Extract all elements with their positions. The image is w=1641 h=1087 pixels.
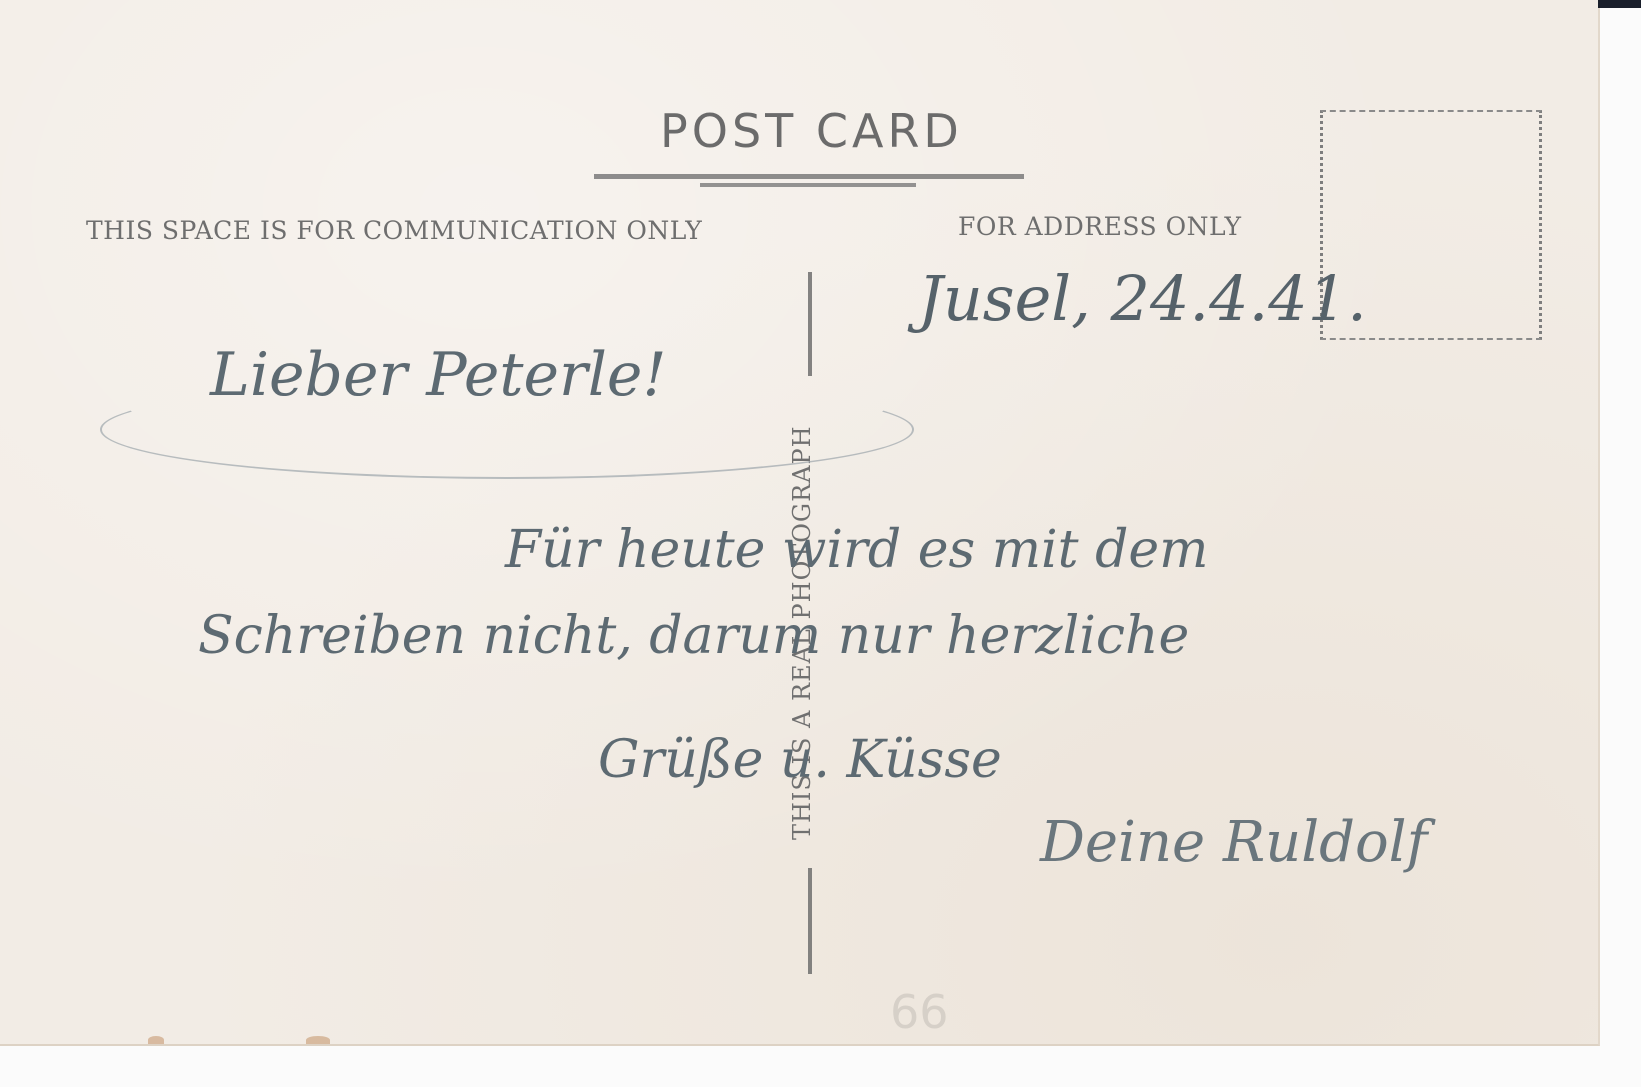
handwritten-place-date: Jusel, 24.4.41. <box>918 262 1367 335</box>
divider-line-bottom <box>808 868 812 974</box>
handwritten-line-3: Grüße u. Küsse <box>598 730 1002 790</box>
handwritten-signature: Deine Ruldolf <box>1040 810 1427 875</box>
handwritten-line-1: Für heute wird es mit dem <box>505 520 1208 580</box>
handwritten-greeting: Lieber Peterle! <box>210 340 667 410</box>
faint-pencil-number: 66 <box>890 985 949 1039</box>
edge-stain <box>148 1036 164 1044</box>
edge-stain <box>306 1036 330 1044</box>
scan-background-corner <box>1598 0 1641 8</box>
title-underline-short <box>700 183 916 187</box>
address-label: FOR ADDRESS ONLY <box>958 212 1241 241</box>
divider-line-top <box>808 272 812 376</box>
postcard-title: POST CARD <box>660 104 963 158</box>
handwritten-line-2: Schreiben nicht, darum nur herzliche <box>198 606 1189 666</box>
postcard-back: POST CARD THIS SPACE IS FOR COMMUNICATIO… <box>0 0 1600 1046</box>
title-underline-long <box>594 174 1024 179</box>
communication-label: THIS SPACE IS FOR COMMUNICATION ONLY <box>86 216 702 245</box>
